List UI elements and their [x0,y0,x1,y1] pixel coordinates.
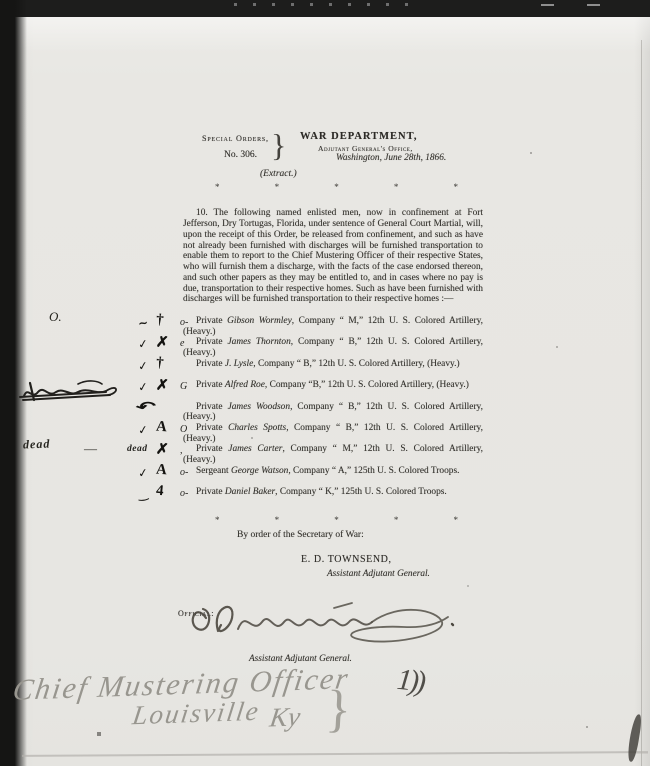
soldier-rank: Private [196,423,228,433]
soldier-rank: Private [196,402,228,412]
soldier-row: dead✗,Private James Carter, Company “ M,… [183,444,483,465]
star: * [215,515,220,525]
soldier-rank: Private [196,444,228,454]
order-paragraph: 10. The following named enlisted men, no… [183,208,483,305]
star: * [394,182,399,192]
handwritten-cross-mark: † [155,355,164,373]
handwritten-cross-mark: A [155,419,167,437]
handwritten-check-mark: ✓ [137,465,149,480]
soldier-name: Gibson Wormley [227,316,292,326]
handwritten-check-mark: ✓ [137,380,149,395]
soldier-unit: , Company “ K,” 125th U. S. Colored Troo… [275,487,447,497]
header-brace: } [271,127,286,164]
star: * [275,515,280,525]
soldier-row: ✓†Private J. Lysle, Company “ B,” 12th U… [183,359,483,380]
soldier-unit: , Company “ A,” 125th U. S. Colored Troo… [288,466,459,476]
soldier-row: ~†o-Private Gibson Wormley, Company “ M,… [183,316,483,337]
handwritten-letter-mark: o- [180,467,188,478]
soldier-rank: Private [196,316,227,326]
soldier-name: Charles Spotts [228,423,286,433]
handwritten-check-mark: ✓ [137,358,149,373]
handwritten-check-mark: ‿ [137,487,149,502]
soldier-entry: Private James Woodson, Company “ B,” 12t… [183,402,483,423]
paper-specks [0,0,2,2]
handwritten-cross-mark: 4 [155,483,164,501]
office-title: Adjutant General's Office, [318,144,413,153]
department-title: WAR DEPARTMENT, [300,131,418,142]
soldier-name: J. Lysle [225,359,253,369]
paper-edge-line [22,751,648,757]
soldier-entry: Private Charles Spotts, Company “ B,” 12… [183,423,483,444]
handwritten-check-mark: ~ [137,315,149,330]
soldier-row: ✓AOPrivate Charles Spotts, Company “ B,”… [183,423,483,444]
special-orders-label: Special Orders, [202,134,269,143]
struck-out-word-scribble [18,378,122,406]
soldier-row: ✓✗ePrivate James Thornton, Company “ B,”… [183,337,483,358]
soldier-unit: , Company “B,” 12th U. S. Colored Artill… [265,380,469,390]
soldier-rank: Private [196,487,225,497]
handwritten-cross-mark: ↶ [133,398,160,416]
paper-crease [641,40,642,766]
pencil-state: Ky [268,701,303,733]
pencil-tally-mark: 1)) [395,663,424,700]
soldier-name: James Thornton [228,337,291,347]
handwritten-letter-mark: o- [180,488,188,499]
star: * [275,182,280,192]
pencil-city: Louisville [130,696,262,731]
margin-dash: — [84,441,97,457]
handwritten-cross-mark: ✗ [155,333,169,353]
handwritten-letter-mark: , [180,445,183,456]
pencil-brace: } [324,679,352,739]
soldier-row: ↶Private James Woodson, Company “ B,” 12… [183,402,483,423]
handwritten-dead-note: dead [127,444,147,454]
star: * [394,515,399,525]
soldier-entry: Private Alfred Roe, Company “B,” 12th U.… [183,380,483,391]
star-separator: ***** [215,515,458,525]
handwritten-letter-mark: O [180,424,187,435]
film-mark [541,4,554,6]
townsend-signature [186,594,462,658]
handwritten-cross-mark: † [155,312,164,330]
margin-dead-note: dead [23,437,51,453]
film-mark [587,4,600,6]
soldier-name: Daniel Baker [225,487,275,497]
soldier-unit: , Company “ B,” 12th U. S. Colored Artil… [253,359,459,369]
soldier-row: ✓Ao-Sergeant George Watson, Company “ A,… [183,466,483,487]
soldier-entry: Sergeant George Watson, Company “ A,” 12… [183,466,483,477]
film-strip-top [0,0,650,17]
handwritten-letter-mark: e [180,338,184,349]
adjutant-title: Assistant Adjutant General. [327,569,430,579]
soldier-name: James Carter [228,444,282,454]
star: * [454,182,459,192]
soldier-name: Alfred Roe [225,380,265,390]
scanned-document-page: Special Orders, No. 306. } WAR DEPARTMEN… [0,0,650,766]
soldier-entry: Private J. Lysle, Company “ B,” 12th U. … [183,359,483,370]
handwritten-cross-mark: ✗ [155,376,169,396]
star-separator: ***** [215,182,458,192]
star: * [454,515,459,525]
by-order-line: By order of the Secretary of War: [237,530,364,540]
order-number: No. 306. [224,150,257,160]
handwritten-cross-mark: ✗ [155,440,169,460]
star: * [334,182,339,192]
handwritten-check-mark: ✓ [137,337,149,352]
margin-o-mark: O. [49,309,62,325]
handwritten-cross-mark: A [155,461,167,479]
star: * [215,182,220,192]
handwritten-letter-mark: o- [180,317,188,328]
soldier-entry: Private Daniel Baker, Company “ K,” 125t… [183,487,483,498]
star: * [334,515,339,525]
film-perforation-dots [234,3,414,6]
soldier-rank: Private [196,380,225,390]
handwritten-letter-mark: G [180,381,187,392]
soldier-row: ‿4o-Private Daniel Baker, Company “ K,” … [183,487,483,508]
soldier-name: James Woodson [228,402,290,412]
soldier-entry: Private James Thornton, Company “ B,” 12… [183,337,483,358]
extract-label: (Extract.) [260,169,297,179]
soldier-list: ~†o-Private Gibson Wormley, Company “ M,… [183,316,483,509]
handwritten-check-mark: ✓ [137,422,149,437]
townsend-name: E. D. TOWNSEND, [301,554,392,565]
dateline: Washington, June 28th, 1866. [336,153,446,163]
soldier-entry: Private James Carter, Company “ M,” 12th… [183,444,483,465]
soldier-entry: Private Gibson Wormley, Company “ M,” 12… [183,316,483,337]
soldier-name: George Watson [231,466,288,476]
soldier-rank: Private [196,359,225,369]
soldier-rank: Private [196,337,228,347]
soldier-rank: Sergeant [196,466,231,476]
soldier-row: ✓✗GPrivate Alfred Roe, Company “B,” 12th… [183,380,483,401]
